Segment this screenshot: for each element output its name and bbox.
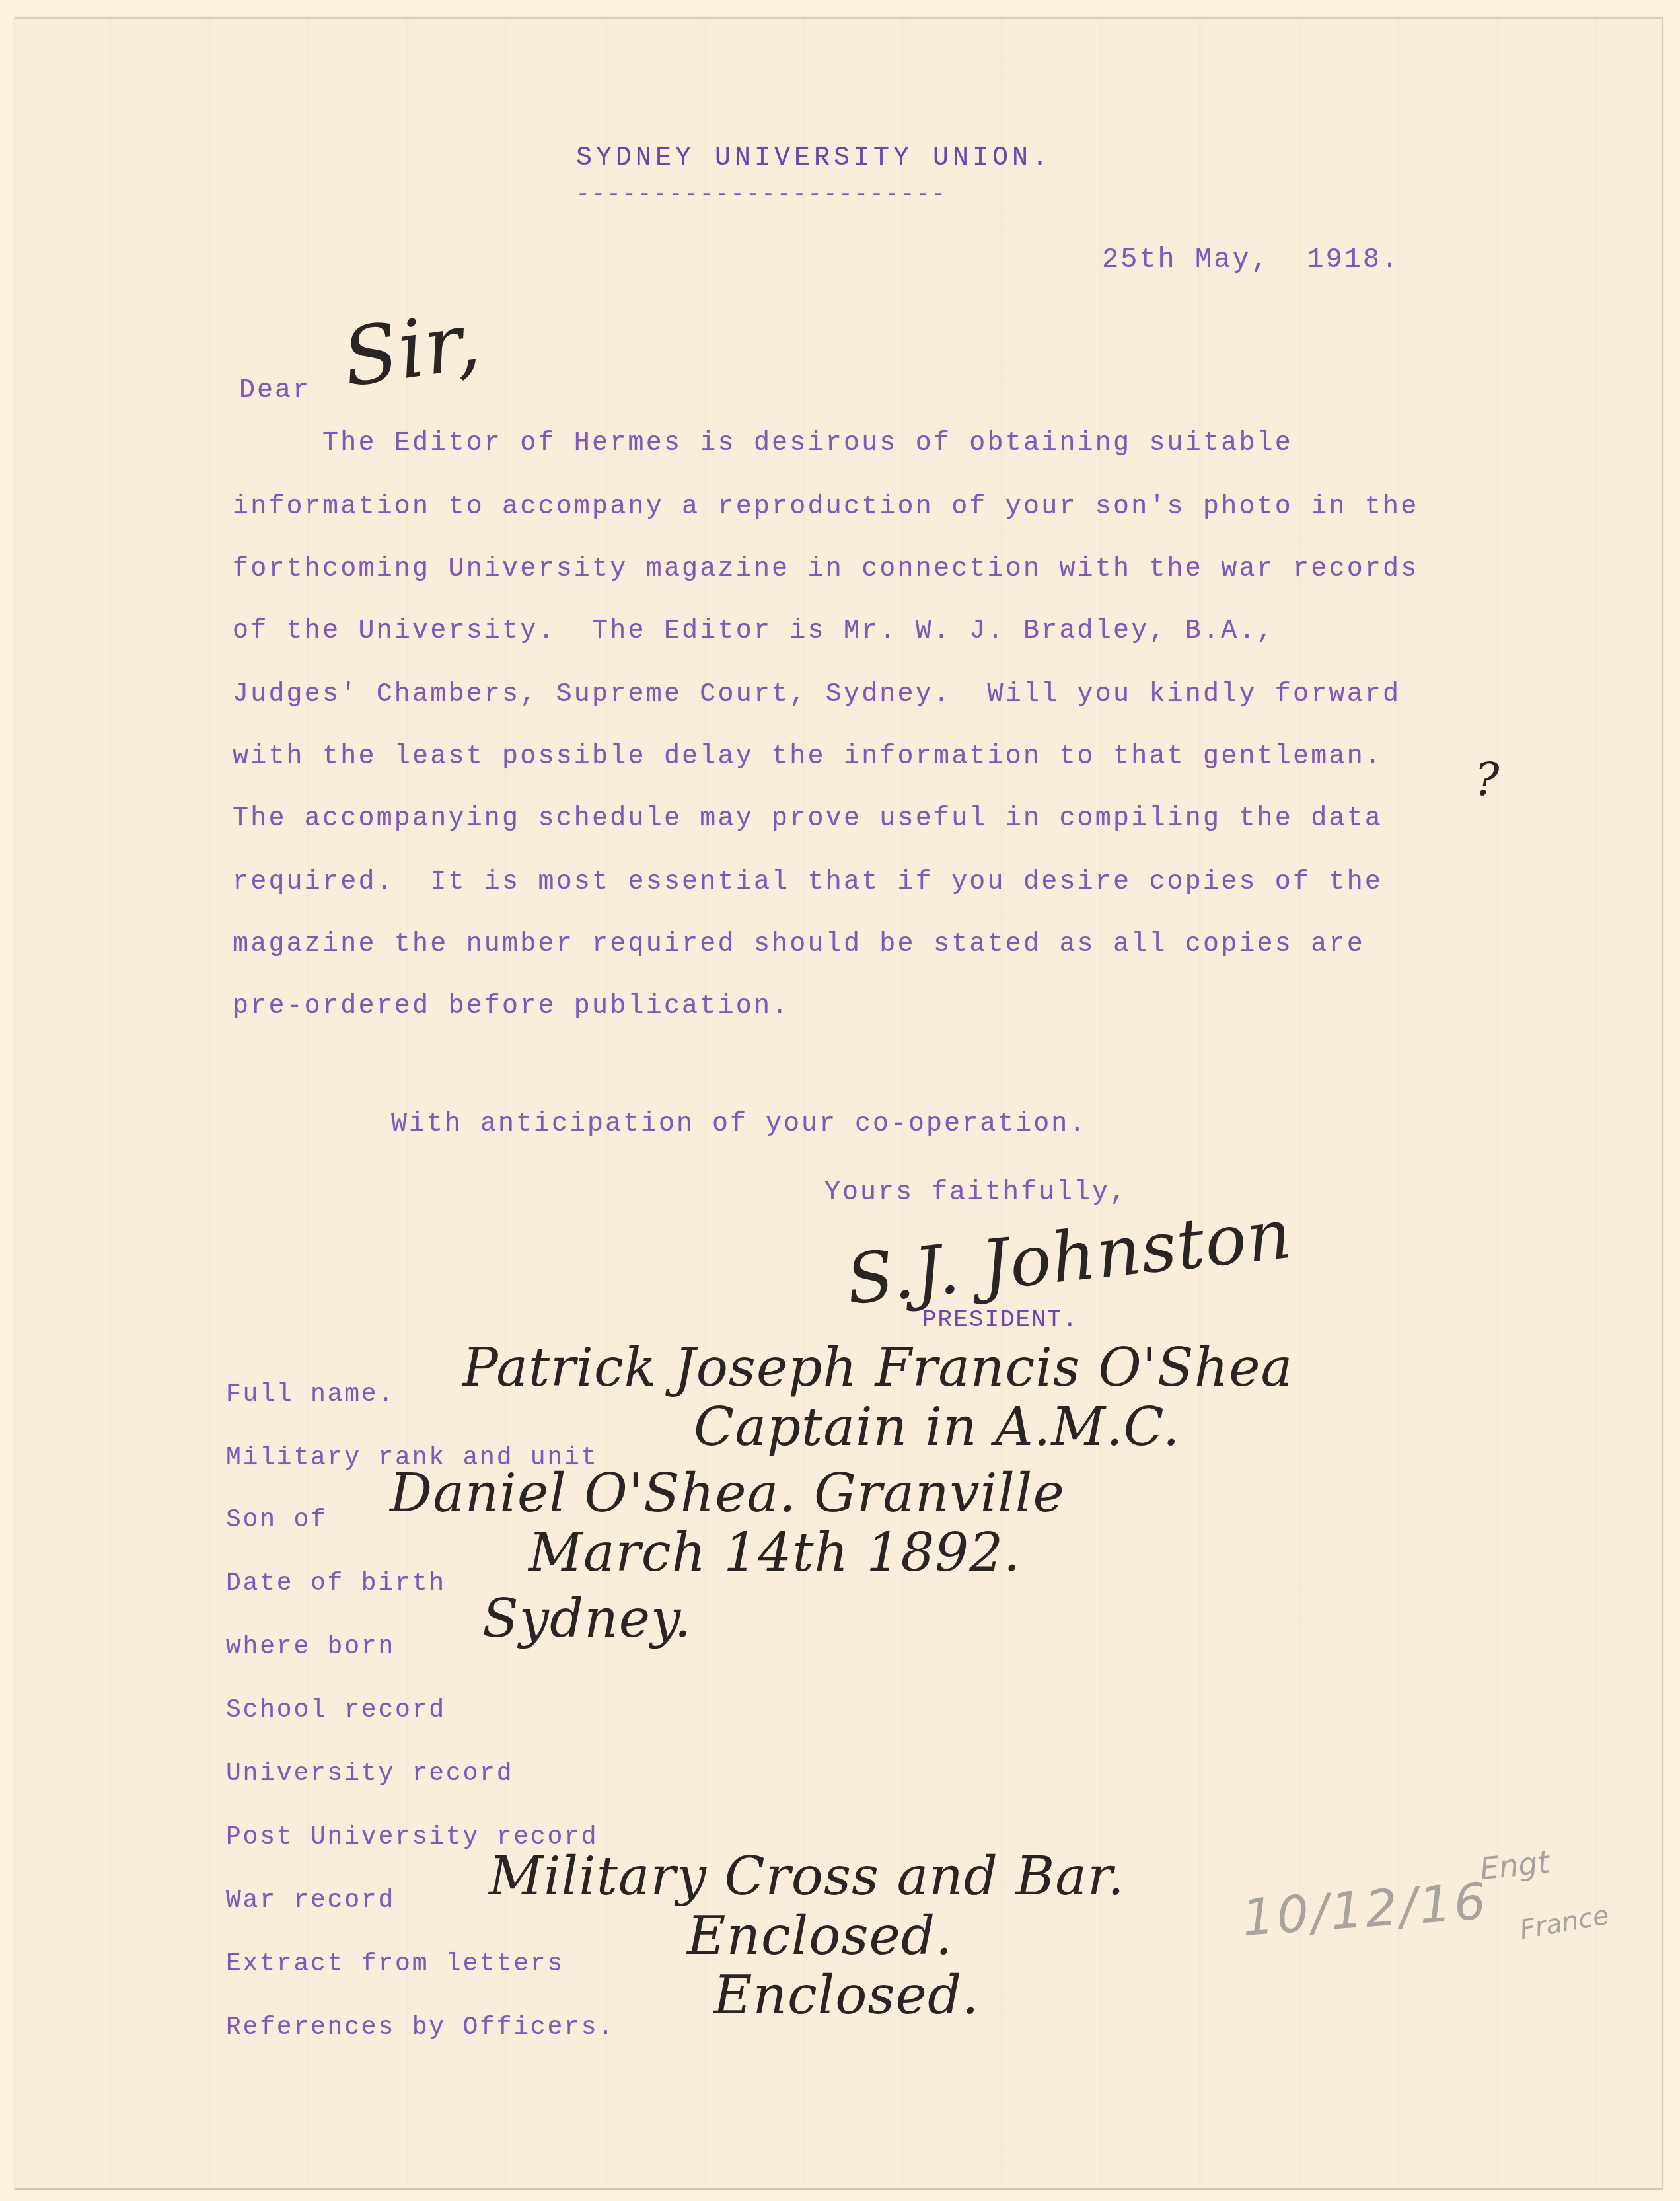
field-label-references-officers: References by Officers. [226, 2015, 615, 2040]
field-label-full-name: Full name. [226, 1382, 395, 1407]
body-line: information to accompany a reproduction … [233, 494, 1418, 521]
field-label-war-record: War record [226, 1888, 395, 1914]
field-label-son-of: Son of [226, 1508, 328, 1533]
field-value-war-record: Military Cross and Bar. [489, 1850, 1125, 1903]
field-value-where-born: Sydney. [482, 1592, 692, 1645]
salutation-handwritten: Sir, [339, 301, 486, 399]
letterhead-title: SYDNEY UNIVERSITY UNION. [576, 145, 1052, 172]
field-label-extract-letters: Extract from letters [226, 1952, 564, 1977]
field-value-references-officers: Enclosed. [713, 1969, 980, 2022]
body-line: Judges' Chambers, Supreme Court, Sydney.… [233, 682, 1401, 708]
body-line: with the least possible delay the inform… [233, 744, 1383, 770]
letter-date: 25th May, 1918. [1102, 246, 1400, 274]
body-line: of the University. The Editor is Mr. W. … [233, 618, 1275, 645]
field-label-school-record: School record [226, 1698, 446, 1723]
valediction: Yours faithfully, [824, 1180, 1128, 1207]
field-value-full-name: Patrick Joseph Francis O'Shea [462, 1341, 1293, 1394]
body-line: required. It is most essential that if y… [233, 870, 1383, 896]
closing-line: With anticipation of your co-operation. [391, 1111, 1087, 1138]
pencil-note-engt: Engt [1479, 1847, 1551, 1884]
letterhead-underline: ------------------------ [576, 184, 947, 206]
body-line: magazine the number required should be s… [233, 932, 1365, 958]
body-line: pre-ordered before publication. [233, 994, 789, 1020]
field-value-rank-unit: Captain in A.M.C. [694, 1401, 1180, 1454]
body-line: forthcoming University magazine in conne… [233, 556, 1418, 583]
field-label-date-of-birth: Date of birth [226, 1571, 446, 1596]
salutation: Dear [239, 378, 310, 404]
body-line: The Editor of Hermes is desirous of obta… [233, 431, 1293, 457]
field-value-son-of: Daniel O'Shea. Granville [390, 1467, 1065, 1520]
body-line: The accompanying schedule may prove usef… [233, 806, 1383, 833]
field-label-where-born: where born [226, 1635, 395, 1660]
field-value-extract-letters: Enclosed. [687, 1910, 953, 1962]
field-value-date-of-birth: March 14th 1892. [529, 1526, 1021, 1579]
signatory-title: PRESIDENT. [922, 1308, 1078, 1332]
handwritten-question-mark: ? [1475, 757, 1500, 803]
field-label-university-record: University record [226, 1762, 513, 1787]
